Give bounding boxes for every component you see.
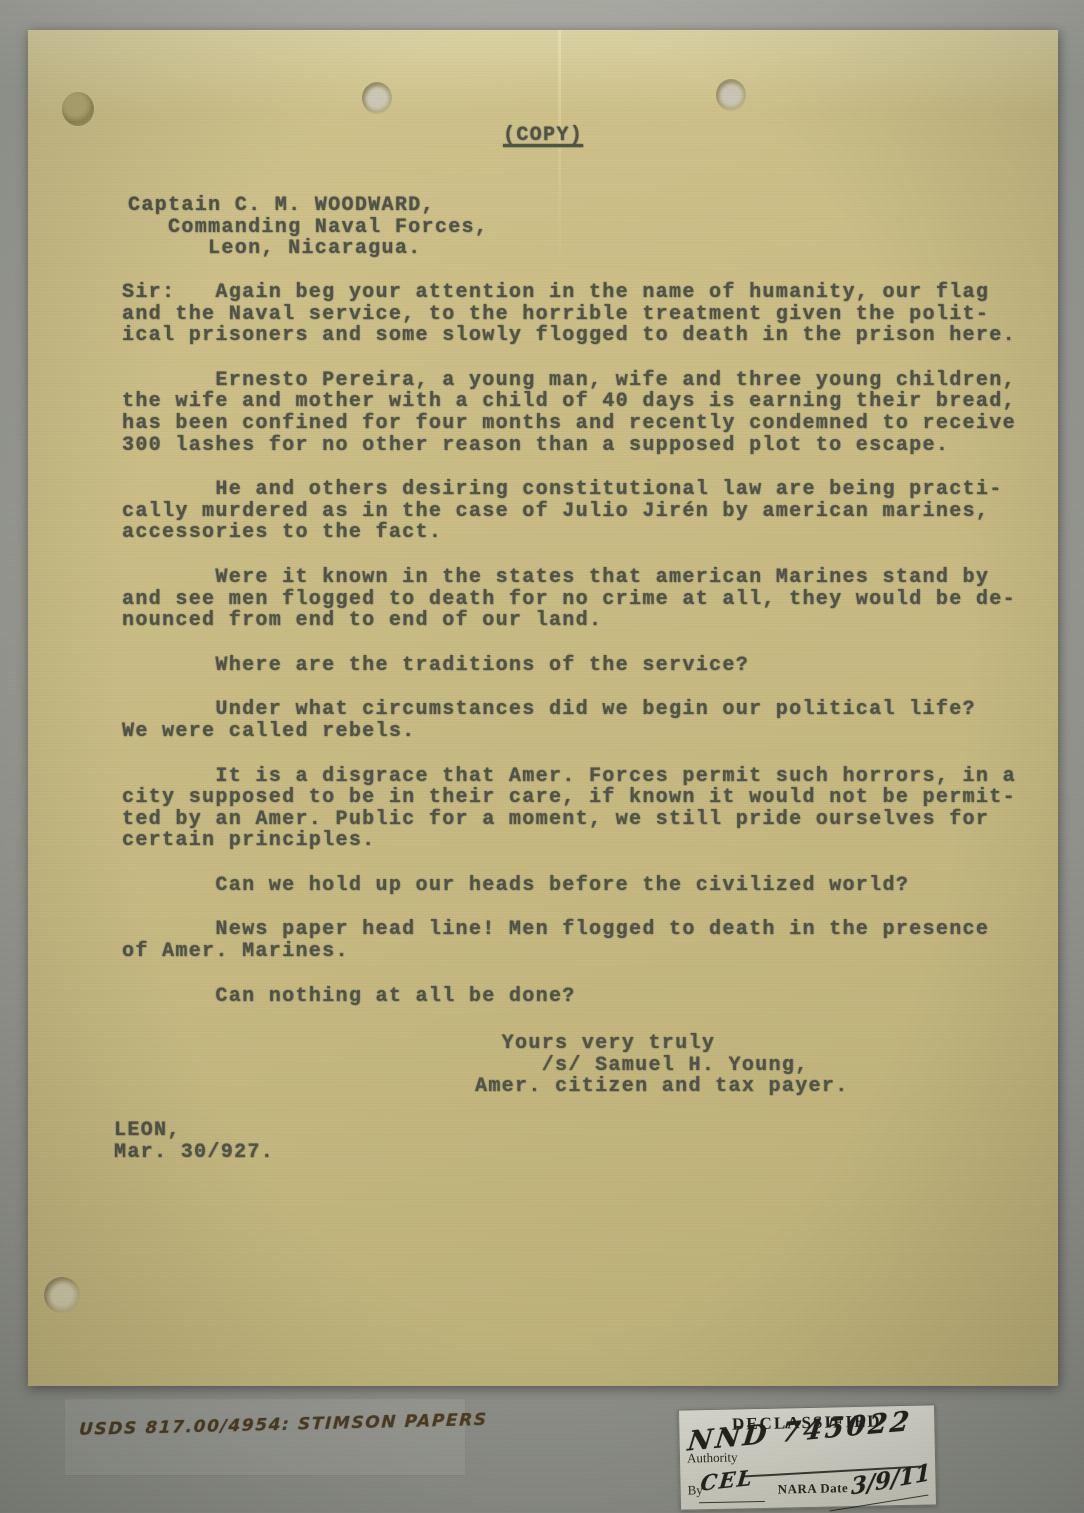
stamp-date-underline — [830, 1495, 929, 1512]
archival-note-box: USDS 817.00/4954: STIMSON PAPERS — [64, 1398, 466, 1476]
paper-fold-mark — [558, 30, 561, 280]
copy-header: (COPY) — [503, 125, 583, 147]
stamp-nara-date-label: NARA Date — [777, 1480, 848, 1497]
paragraph: Were it known in the states that america… — [122, 567, 1057, 632]
punch-hole-top-right — [716, 79, 746, 111]
copy-header-label: (COPY) — [503, 124, 583, 147]
paragraph: Ernesto Pereira, a young man, wife and t… — [122, 370, 1057, 456]
paragraph: Can nothing at all be done? — [122, 986, 1057, 1008]
punch-hole-top-middle — [362, 82, 392, 114]
paragraph: It is a disgrace that Amer. Forces permi… — [122, 766, 1057, 852]
paragraph: News paper head line! Men flogged to dea… — [122, 919, 1057, 962]
address-block: Captain C. M. WOODWARD, Commanding Naval… — [128, 195, 488, 260]
punch-hole-top-left — [62, 92, 94, 126]
paragraph: He and others desiring constitutional la… — [122, 479, 1057, 544]
stamp-date-value: 3/9/11 — [851, 1459, 931, 1501]
letter-page: (COPY) Captain C. M. WOODWARD, Commandin… — [28, 30, 1058, 1386]
stamp-by-underline — [699, 1501, 765, 1503]
paragraph: Can we hold up our heads before the civi… — [122, 875, 1057, 897]
paragraph: Sir: Again beg your attention in the nam… — [122, 282, 1057, 347]
punch-hole-bottom-left — [44, 1277, 80, 1313]
declassified-stamp: DECLASSIFIED Authority NND 745022 By CEL… — [678, 1404, 937, 1510]
place-date-block: LEON, Mar. 30/927. — [114, 1120, 274, 1163]
closing-signature-block: Yours very truly /s/ Samuel H. Young, Am… — [475, 1033, 849, 1098]
paragraph: Where are the traditions of the service? — [122, 655, 1057, 677]
typed-body: Sir: Again beg your attention in the nam… — [122, 282, 1057, 1030]
archival-note-text: USDS 817.00/4954: STIMSON PAPERS — [79, 1410, 489, 1440]
scanned-document-photo: (COPY) Captain C. M. WOODWARD, Commandin… — [0, 0, 1084, 1513]
paragraph: Under what circumstances did we begin ou… — [122, 699, 1057, 742]
stamp-by-initials: CEL — [699, 1465, 755, 1496]
